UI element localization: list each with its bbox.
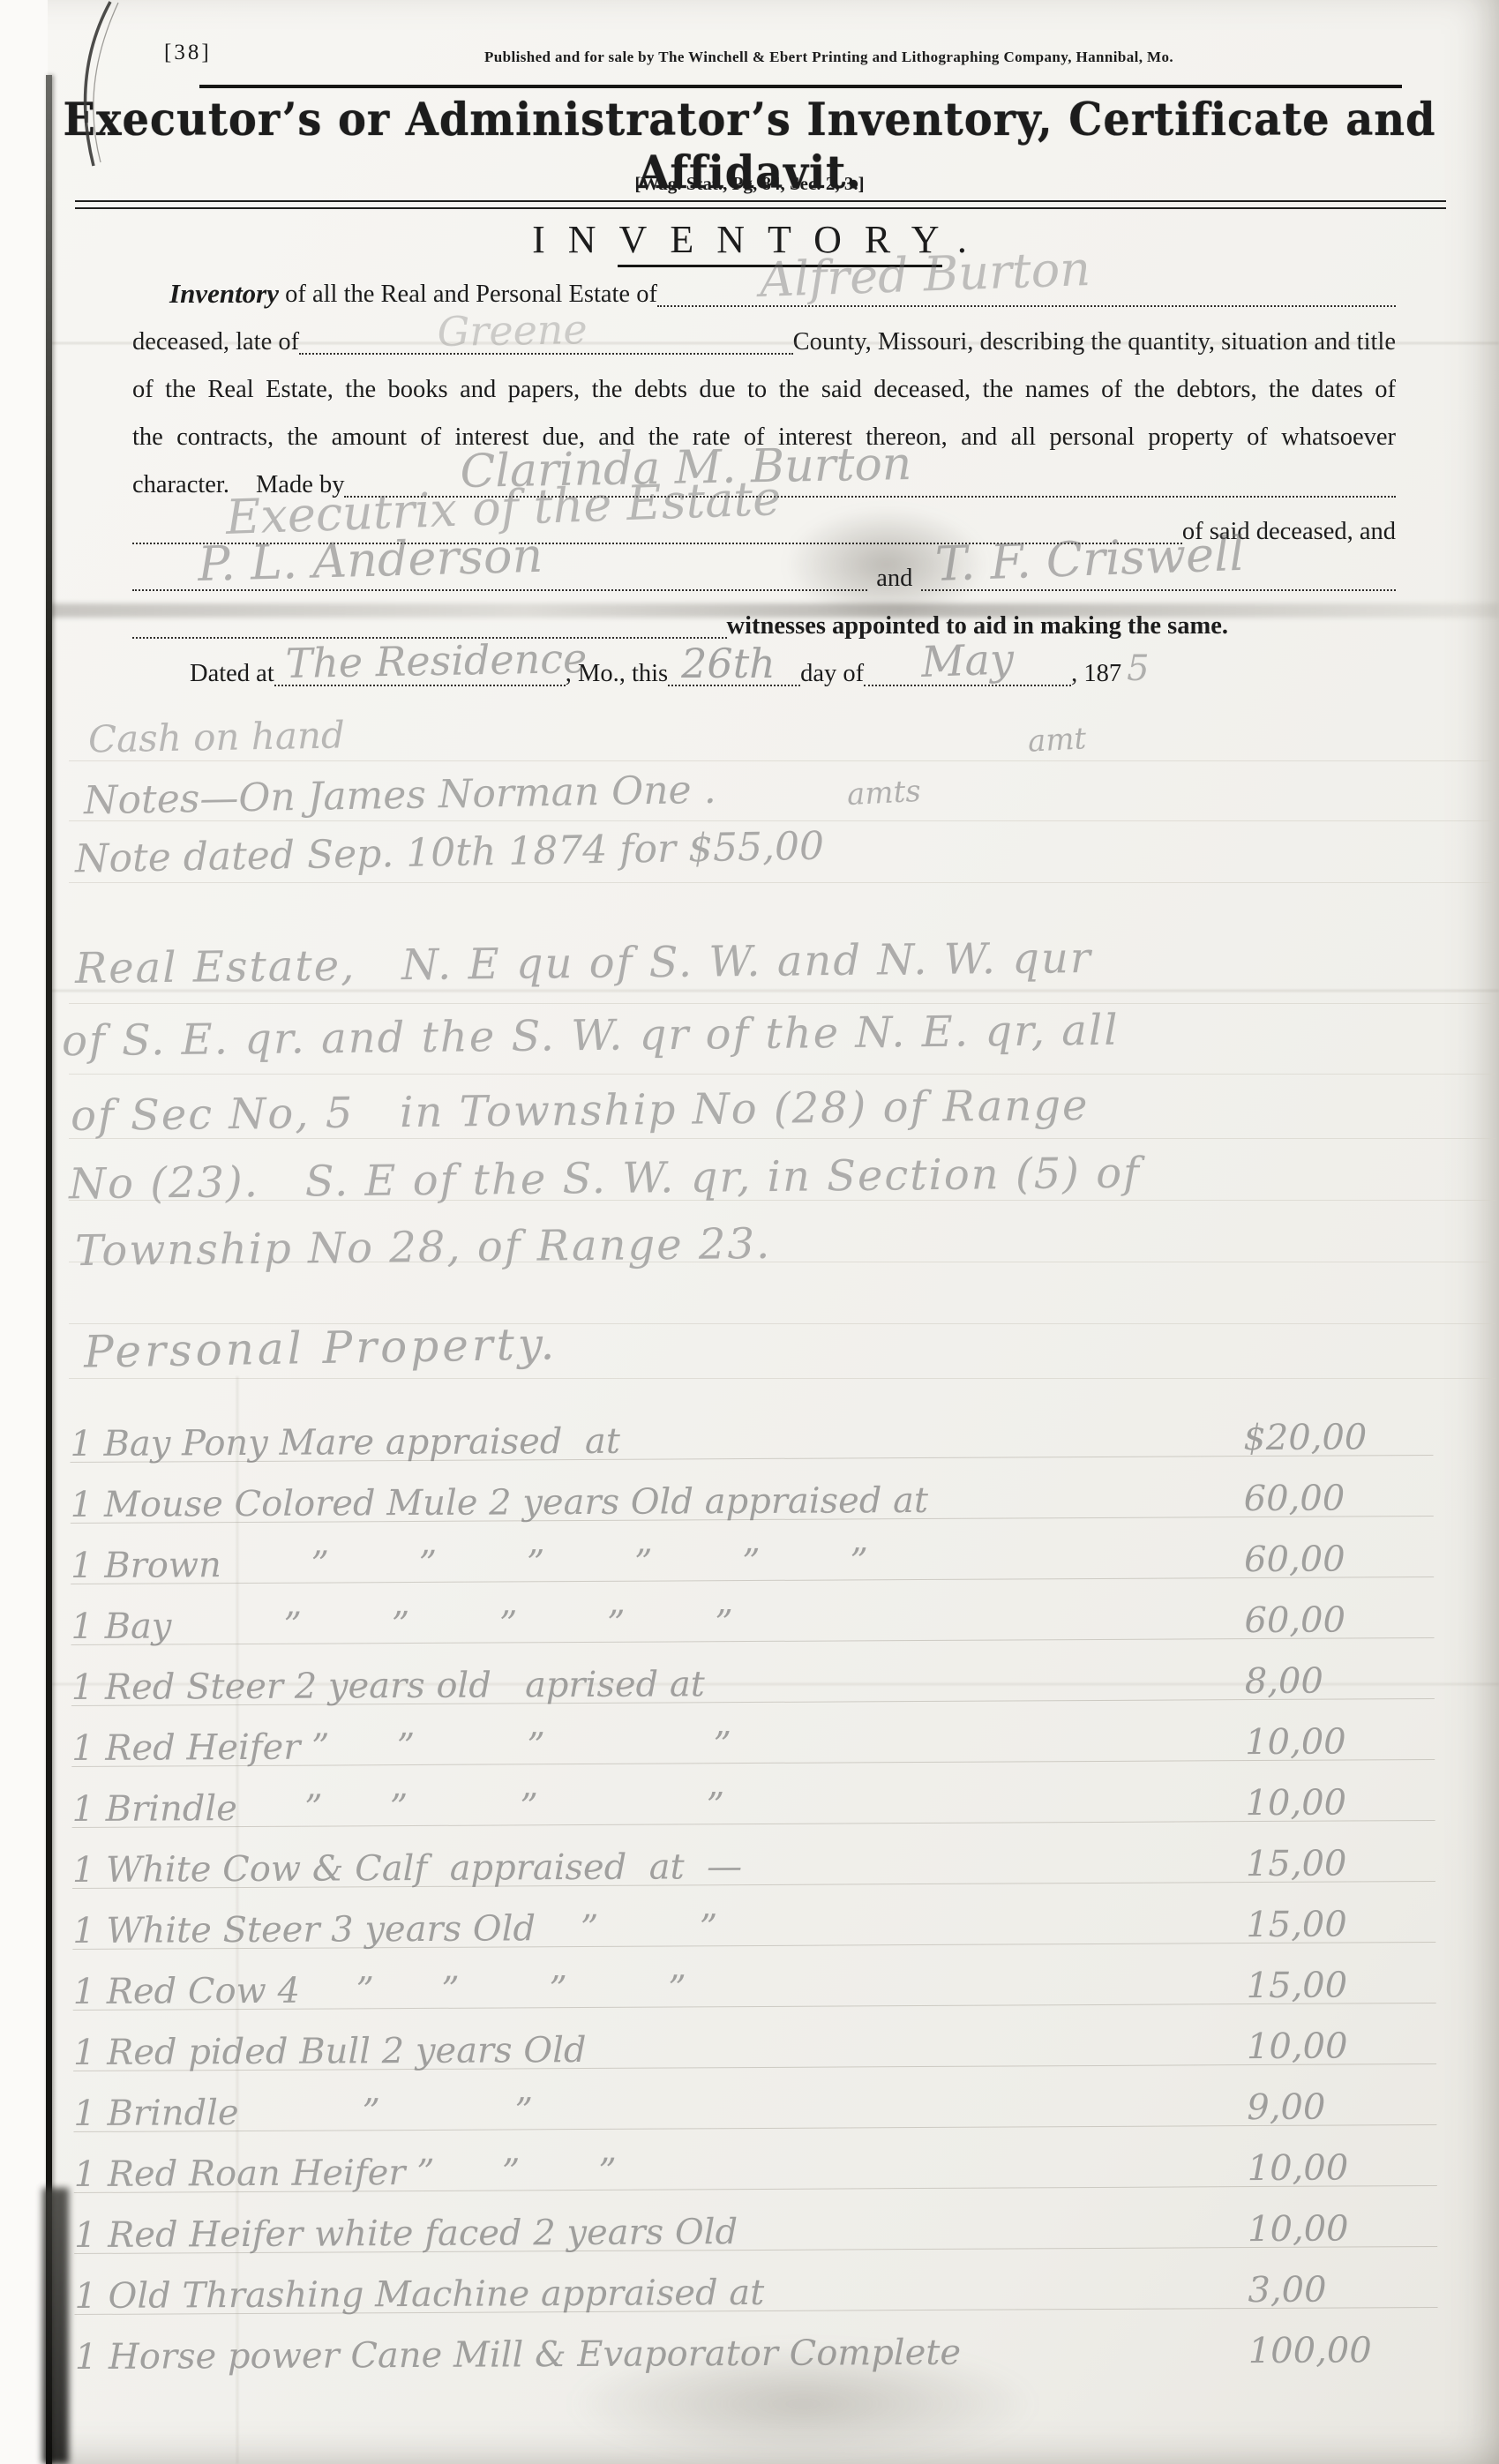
dated-mo-this: , Mo., this: [566, 662, 668, 687]
dated-place-blank: The Residence: [274, 653, 566, 686]
form-line-7-text: and: [867, 566, 921, 592]
form-line-1-lead: Inventory: [169, 280, 279, 307]
form-line-1-text: of all the Real and Personal Estate of: [279, 282, 657, 308]
cash-amount-note: amt: [1027, 723, 1087, 756]
real-estate-line: of Sec No, 5 in Township No (28) of Rang…: [71, 1084, 1090, 1137]
inventory-item-row: 1 Red Cow 4 ” ” ” ” 15,00: [72, 1943, 1435, 2011]
scan-edge-white: [0, 0, 48, 2464]
item-description: 1 White Cow & Calf appraised at —: [72, 1846, 1246, 1888]
item-price: 60,00: [1244, 1541, 1434, 1577]
item-price: 10,00: [1245, 1785, 1435, 1821]
cash-line: Cash on hand: [88, 716, 346, 758]
item-price: 60,00: [1244, 1602, 1434, 1638]
form-line-2: deceased, late of Greene County, Missour…: [132, 314, 1396, 355]
form-line-3: of the Real Estate, the books and papers…: [132, 362, 1396, 402]
item-description: 1 White Steer 3 years Old ” ”: [72, 1907, 1246, 1949]
fold-crease: [0, 1683, 1499, 1685]
header-rule: [199, 85, 1402, 88]
inventory-item-row: 1 Brown ” ” ” ” ” ” 60,00: [71, 1517, 1434, 1584]
guideline: [69, 1074, 1495, 1075]
form-line-6-blank: Executrix of the Estate: [132, 511, 1182, 544]
form-line-2-blank: Greene: [299, 321, 793, 355]
form-line-7-blank1: P. L. Anderson: [132, 558, 867, 591]
guideline: [69, 1200, 1495, 1201]
item-description: 1 Red pided Bull 2 years Old: [73, 2029, 1247, 2071]
notes-amount-note: amts: [846, 776, 921, 810]
item-price: 10,00: [1245, 1724, 1435, 1760]
smudge-band: [0, 603, 1499, 618]
inventory-item-row: 1 Red Steer 2 years old aprised at 8,00: [71, 1638, 1435, 1706]
statute-reference: [Wag. Stat., Pg, 84, Sec. 2, 3.]: [0, 173, 1499, 195]
item-description: 1 Red Heifer white faced 2 years Old: [74, 2212, 1248, 2253]
form-line-5-text2: Made by: [256, 473, 345, 498]
pen-stroke-mark: [25, 0, 157, 172]
item-description: 1 Bay Pony Mare appraised at: [70, 1420, 1243, 1462]
form-line-6: Executrix of the Estate of said deceased…: [132, 504, 1396, 544]
fold-crease: [0, 342, 1499, 344]
personal-property-list: 1 Bay Pony Mare appraised at $20,00 1 Mo…: [70, 1395, 1438, 2375]
item-description: 1 Brindle ” ” ” ”: [71, 1786, 1245, 1827]
item-description: 1 Bay ” ” ” ” ”: [71, 1603, 1244, 1644]
inventory-item-row: 1 Red pided Bull 2 years Old 10,00: [73, 2003, 1436, 2071]
dated-day-fill: 26th: [681, 643, 776, 684]
item-price: 100,00: [1248, 2333, 1438, 2369]
form-line-4: the contracts, the amount of interest du…: [132, 409, 1396, 450]
dated-at-label: Dated at: [190, 662, 274, 687]
inventory-item-row: 1 Red Heifer white faced 2 years Old 10,…: [74, 2186, 1437, 2254]
item-description: 1 Brown ” ” ” ” ” ”: [71, 1542, 1244, 1584]
dated-187: , 187: [1071, 662, 1121, 687]
form-line-1-blank: Alfred Burton: [657, 273, 1396, 307]
vertical-crease: [236, 1376, 238, 2464]
item-price: 15,00: [1247, 1967, 1436, 2003]
guideline: [69, 1378, 1495, 1379]
item-price: 9,00: [1247, 2089, 1436, 2125]
form-line-3-text: of the Real Estate, the books and papers…: [132, 378, 1396, 403]
notes-line: Notes—On James Norman One .: [84, 771, 716, 821]
guideline: [69, 1323, 1495, 1324]
dated-place-fill: The Residence: [285, 638, 587, 684]
inventory-item-row: 1 White Steer 3 years Old ” ” 15,00: [72, 1882, 1435, 1950]
dated-year-fill: 5: [1127, 651, 1149, 686]
publisher-line: Published and for sale by The Winchell &…: [0, 49, 1499, 66]
form-line-5-text1: character.: [132, 473, 229, 498]
form-line-5-blank: Clarinda M. Burton: [344, 464, 1396, 498]
inventory-item-row: 1 Bay ” ” ” ” ” 60,00: [71, 1577, 1434, 1645]
item-price: 3,00: [1248, 2272, 1437, 2308]
dated-day-of: day of: [800, 662, 864, 687]
scan-edge-bottom-blot: [42, 2188, 69, 2464]
section-heading: INVENTORY.: [0, 217, 1499, 262]
guideline: [69, 1003, 1495, 1004]
guideline: [69, 1262, 1495, 1262]
inventory-item-row: 1 Old Thrashing Machine appraised at 3,0…: [74, 2247, 1437, 2315]
form-line-9: Dated at The Residence , Mo., this 26th …: [190, 646, 1328, 686]
dated-month-blank: May: [864, 653, 1071, 686]
bottom-smudge-blot: [573, 2347, 1032, 2461]
item-description: 1 Old Thrashing Machine appraised at: [74, 2273, 1248, 2314]
scan-edge-line: [46, 75, 52, 2464]
real-estate-line: of S. E. qr. and the S. W. qr of the N. …: [62, 1009, 1120, 1063]
document-page: [38] Published and for sale by The Winch…: [0, 0, 1499, 2464]
inventory-item-row: 1 Red Heifer ” ” ” ” 10,00: [71, 1699, 1435, 1767]
form-line-5: character. Made by Clarinda M. Burton: [132, 457, 1396, 498]
item-price: 60,00: [1244, 1480, 1434, 1517]
county-fill: Greene: [437, 309, 588, 352]
inventory-item-row: 1 Brindle ” ” ” ” 10,00: [71, 1760, 1435, 1828]
item-price: 15,00: [1246, 1906, 1435, 1943]
item-price: 10,00: [1248, 2150, 1437, 2186]
item-price: 15,00: [1246, 1846, 1435, 1882]
dated-day-blank: 26th: [668, 653, 800, 686]
item-price: $20,00: [1243, 1419, 1433, 1456]
guideline: [69, 882, 1495, 883]
real-estate-line: Real Estate, N. E qu of S. W. and N. W. …: [75, 937, 1092, 990]
inventory-item-row: 1 Bay Pony Mare appraised at $20,00: [70, 1395, 1433, 1463]
item-description: 1 Mouse Colored Mule 2 years Old apprais…: [71, 1481, 1244, 1523]
form-line-7-blank2: T. F. Criswell: [921, 558, 1396, 591]
inventory-item-row: 1 White Cow & Calf appraised at — 15,00: [72, 1821, 1435, 1889]
inventory-item-row: 1 Red Roan Heifer ” ” ” 10,00: [73, 2125, 1436, 2193]
item-description: 1 Brindle ” ”: [73, 2090, 1247, 2131]
personal-property-heading: Personal Property.: [84, 1322, 558, 1374]
dated-month-fill: May: [920, 638, 1015, 684]
item-description: 1 Red Heifer ” ” ” ”: [71, 1725, 1245, 1766]
guideline: [69, 760, 1495, 761]
item-price: 10,00: [1248, 2211, 1437, 2247]
note-detail-line: Note dated Sep. 10th 1874 for $55,00: [75, 828, 825, 880]
guideline: [69, 820, 1495, 821]
form-line-4-text: the contracts, the amount of interest du…: [132, 425, 1396, 451]
form-line-6-tail: of said deceased, and: [1182, 520, 1396, 545]
fold-crease: [0, 990, 1499, 992]
form-line-1: Inventory of all the Real and Personal E…: [132, 266, 1396, 307]
inventory-item-row: 1 Brindle ” ” 9,00: [73, 2064, 1436, 2132]
double-rule: [75, 200, 1446, 209]
item-price: 10,00: [1247, 2028, 1436, 2064]
item-description: 1 Red Cow 4 ” ” ” ”: [73, 1968, 1247, 2010]
real-estate-line: No (23). S. E of the S. W. qr, in Sectio…: [69, 1152, 1141, 1206]
real-estate-line: Township No 28, of Range 23.: [75, 1223, 772, 1272]
inventory-item-row: 1 Mouse Colored Mule 2 years Old apprais…: [70, 1456, 1433, 1524]
item-description: 1 Red Roan Heifer ” ” ”: [74, 2151, 1248, 2192]
guideline: [69, 1138, 1495, 1139]
form-line-7: P. L. Anderson and T. F. Criswell: [132, 550, 1396, 591]
item-price: 8,00: [1245, 1663, 1435, 1699]
